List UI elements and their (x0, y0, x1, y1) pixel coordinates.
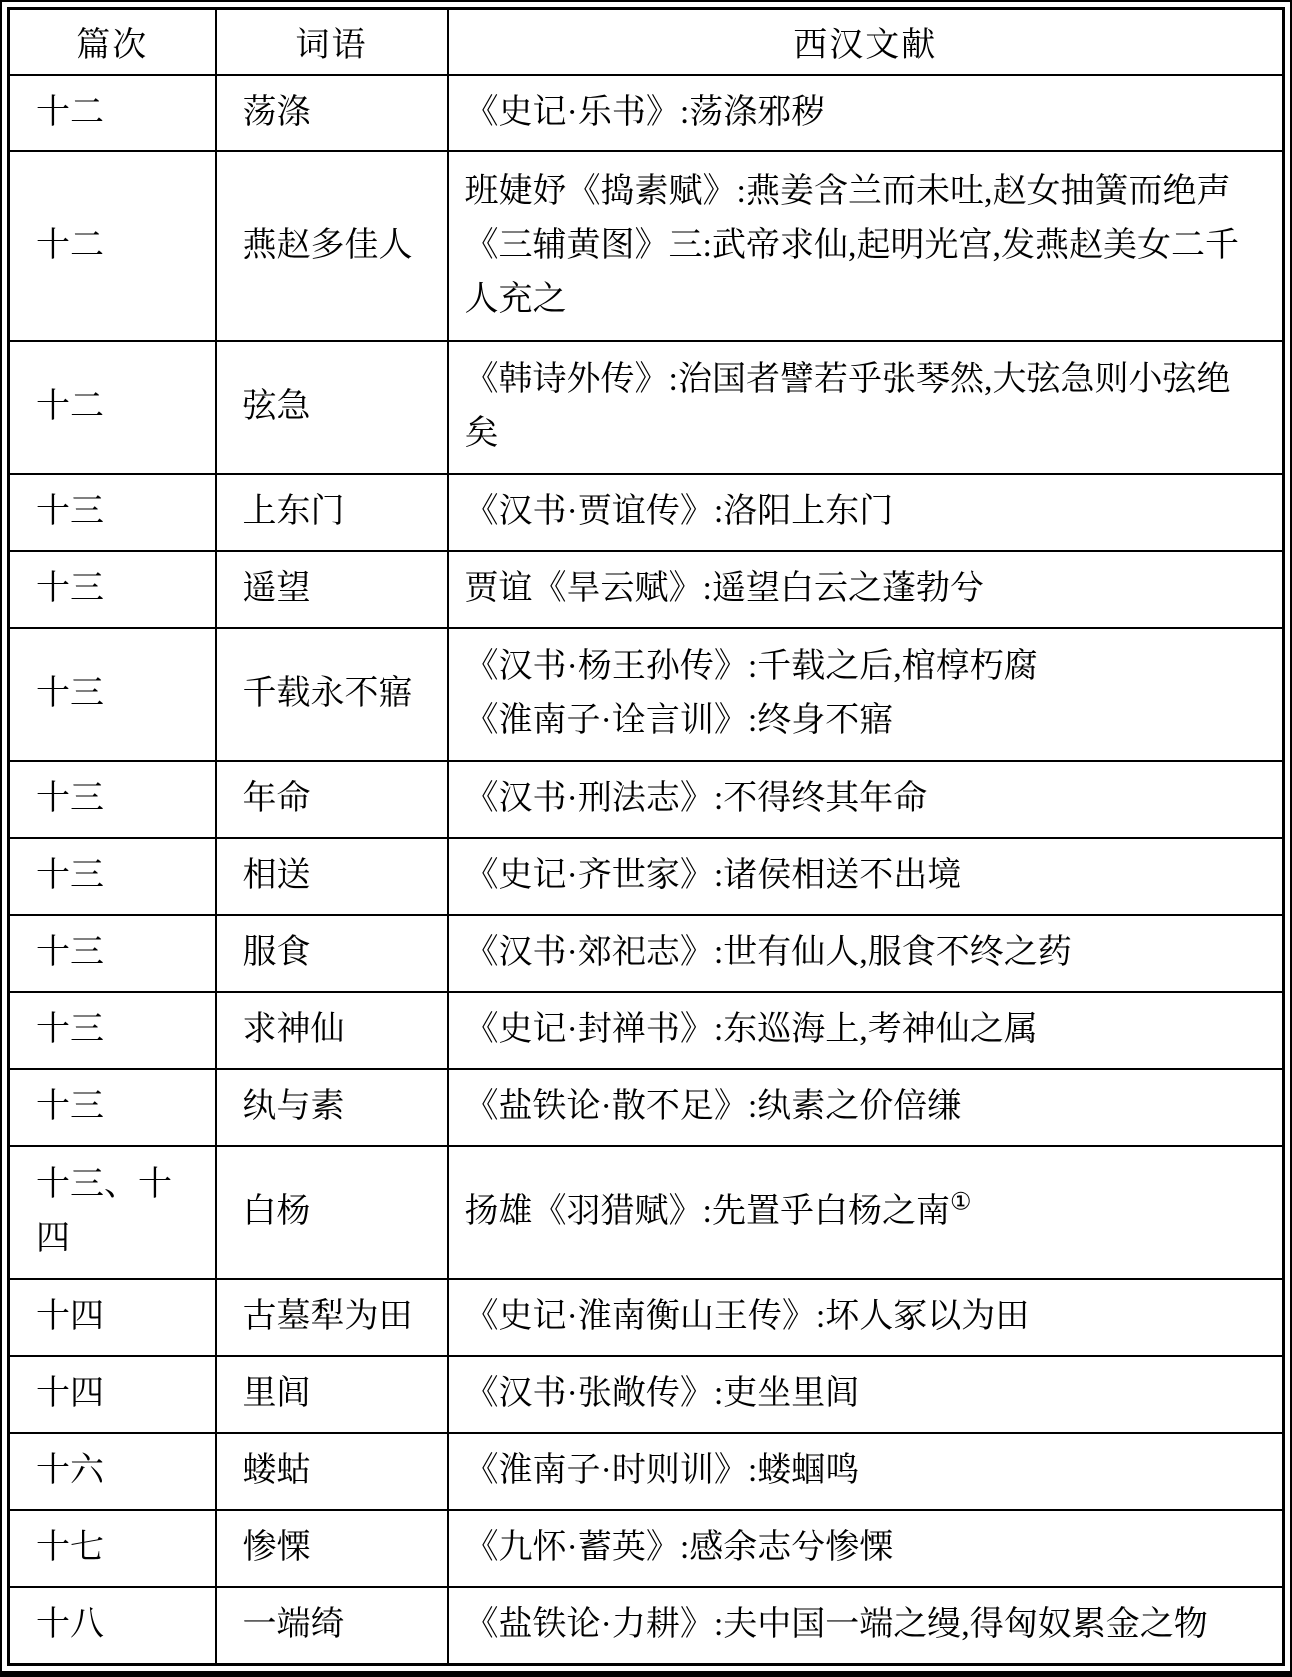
word-cell: 遥望 (216, 551, 448, 628)
word-cell: 千载永不寤 (216, 628, 448, 761)
word-cell: 上东门 (216, 474, 448, 551)
reference-cell: 《盐铁论·散不足》:纨素之价倍缣 (448, 1069, 1284, 1146)
chapter-cell: 十三 (9, 551, 216, 628)
word-cell: 相送 (216, 838, 448, 915)
table-row: 十二荡涤《史记·乐书》:荡涤邪秽 (9, 75, 1284, 152)
reference-line: 《盐铁论·力耕》:夫中国一端之缦,得匈奴累金之物 (465, 1598, 1259, 1652)
word-cell: 惨慄 (216, 1510, 448, 1587)
chapter-cell: 十四 (9, 1279, 216, 1356)
word-cell: 纨与素 (216, 1069, 448, 1146)
reference-line: 《史记·封禅书》:东巡海上,考神仙之属 (465, 1003, 1259, 1057)
table-row: 十三、十四白杨扬雄《羽猎赋》:先置乎白杨之南① (9, 1146, 1284, 1279)
word-cell: 弦急 (216, 341, 448, 474)
header-row: 篇次 词语 西汉文献 (9, 9, 1284, 75)
chapter-cell: 十三 (9, 628, 216, 761)
reference-cell: 贾谊《旱云赋》:遥望白云之蓬勃兮 (448, 551, 1284, 628)
word-cell: 年命 (216, 761, 448, 838)
chapter-cell: 十二 (9, 151, 216, 340)
table-row: 十四古墓犁为田《史记·淮南衡山王传》:坏人冢以为田 (9, 1279, 1284, 1356)
chapter-cell: 十八 (9, 1587, 216, 1665)
reference-cell: 班婕妤《捣素赋》:燕姜含兰而未吐,赵女抽簧而绝声《三辅黄图》三:武帝求仙,起明光… (448, 151, 1284, 340)
reference-line: 《盐铁论·散不足》:纨素之价倍缣 (465, 1080, 1259, 1134)
chapter-cell: 十三 (9, 761, 216, 838)
word-cell: 一端绮 (216, 1587, 448, 1665)
footnote-marker: ① (950, 1190, 972, 1216)
reference-line: 《史记·齐世家》:诸侯相送不出境 (465, 849, 1259, 903)
reference-cell: 扬雄《羽猎赋》:先置乎白杨之南① (448, 1146, 1284, 1279)
chapter-cell: 十三 (9, 838, 216, 915)
reference-cell: 《史记·淮南衡山王传》:坏人冢以为田 (448, 1279, 1284, 1356)
table-row: 十三上东门《汉书·贾谊传》:洛阳上东门 (9, 474, 1284, 551)
reference-cell: 《韩诗外传》:治国者譬若乎张琴然,大弦急则小弦绝矣 (448, 341, 1284, 474)
table-row: 十七惨慄《九怀·蓄英》:感余志兮惨慄 (9, 1510, 1284, 1587)
table-row: 十三纨与素《盐铁论·散不足》:纨素之价倍缣 (9, 1069, 1284, 1146)
word-cell: 荡涤 (216, 75, 448, 152)
word-cell: 白杨 (216, 1146, 448, 1279)
reference-cell: 《汉书·贾谊传》:洛阳上东门 (448, 474, 1284, 551)
document-table: 篇次 词语 西汉文献 十二荡涤《史记·乐书》:荡涤邪秽十二燕赵多佳人班婕妤《捣素… (7, 7, 1285, 1666)
reference-line: 《汉书·杨王孙传》:千载之后,棺椁朽腐 (465, 640, 1259, 694)
reference-cell: 《汉书·张敞传》:吏坐里闾 (448, 1356, 1284, 1433)
reference-line: 《韩诗外传》:治国者譬若乎张琴然,大弦急则小弦绝矣 (465, 353, 1259, 461)
table-row: 十三年命《汉书·刑法志》:不得终其年命 (9, 761, 1284, 838)
table-row: 十二弦急《韩诗外传》:治国者譬若乎张琴然,大弦急则小弦绝矣 (9, 341, 1284, 474)
reference-line: 《史记·乐书》:荡涤邪秽 (465, 86, 1259, 140)
table-row: 十三相送《史记·齐世家》:诸侯相送不出境 (9, 838, 1284, 915)
reference-line: 扬雄《羽猎赋》:先置乎白杨之南① (465, 1185, 1259, 1239)
reference-line: 《九怀·蓄英》:感余志兮惨慄 (465, 1521, 1259, 1575)
word-cell: 里闾 (216, 1356, 448, 1433)
table-row: 十三遥望贾谊《旱云赋》:遥望白云之蓬勃兮 (9, 551, 1284, 628)
reference-line: 《三辅黄图》三:武帝求仙,起明光宫,发燕赵美女二千人充之 (465, 219, 1259, 327)
reference-cell: 《史记·封禅书》:东巡海上,考神仙之属 (448, 992, 1284, 1069)
word-cell: 服食 (216, 915, 448, 992)
reference-line: 贾谊《旱云赋》:遥望白云之蓬勃兮 (465, 562, 1259, 616)
reference-cell: 《盐铁论·力耕》:夫中国一端之缦,得匈奴累金之物 (448, 1587, 1284, 1665)
chapter-cell: 十六 (9, 1433, 216, 1510)
reference-line: 《汉书·贾谊传》:洛阳上东门 (465, 485, 1259, 539)
chapter-cell: 十四 (9, 1356, 216, 1433)
reference-line: 《汉书·郊祀志》:世有仙人,服食不终之药 (465, 926, 1259, 980)
reference-cell: 《史记·乐书》:荡涤邪秽 (448, 75, 1284, 152)
reference-line: 《汉书·张敞传》:吏坐里闾 (465, 1367, 1259, 1421)
table-row: 十三千载永不寤《汉书·杨王孙传》:千载之后,棺椁朽腐《淮南子·诠言训》:终身不寤 (9, 628, 1284, 761)
reference-line: 《淮南子·时则训》:蝼蝈鸣 (465, 1444, 1259, 1498)
table-header: 篇次 词语 西汉文献 (9, 9, 1284, 75)
chapter-cell: 十二 (9, 75, 216, 152)
table-body: 十二荡涤《史记·乐书》:荡涤邪秽十二燕赵多佳人班婕妤《捣素赋》:燕姜含兰而未吐,… (9, 75, 1284, 1665)
table-row: 十三服食《汉书·郊祀志》:世有仙人,服食不终之药 (9, 915, 1284, 992)
reference-cell: 《汉书·刑法志》:不得终其年命 (448, 761, 1284, 838)
word-cell: 燕赵多佳人 (216, 151, 448, 340)
reference-line: 班婕妤《捣素赋》:燕姜含兰而未吐,赵女抽簧而绝声 (465, 165, 1259, 219)
reference-line: 《淮南子·诠言训》:终身不寤 (465, 694, 1259, 748)
reference-line: 《史记·淮南衡山王传》:坏人冢以为田 (465, 1290, 1259, 1344)
chapter-cell: 十七 (9, 1510, 216, 1587)
table-row: 十三求神仙《史记·封禅书》:东巡海上,考神仙之属 (9, 992, 1284, 1069)
table-row: 十八一端绮《盐铁论·力耕》:夫中国一端之缦,得匈奴累金之物 (9, 1587, 1284, 1665)
chapter-cell: 十三 (9, 915, 216, 992)
reference-cell: 《汉书·杨王孙传》:千载之后,棺椁朽腐《淮南子·诠言训》:终身不寤 (448, 628, 1284, 761)
reference-line: 《汉书·刑法志》:不得终其年命 (465, 772, 1259, 826)
chapter-cell: 十二 (9, 341, 216, 474)
table-row: 十六蝼蛄《淮南子·时则训》:蝼蝈鸣 (9, 1433, 1284, 1510)
table-row: 十四里闾《汉书·张敞传》:吏坐里闾 (9, 1356, 1284, 1433)
header-chapter: 篇次 (9, 9, 216, 75)
page-frame: 篇次 词语 西汉文献 十二荡涤《史记·乐书》:荡涤邪秽十二燕赵多佳人班婕妤《捣素… (0, 0, 1292, 1677)
reference-cell: 《汉书·郊祀志》:世有仙人,服食不终之药 (448, 915, 1284, 992)
word-cell: 蝼蛄 (216, 1433, 448, 1510)
word-cell: 古墓犁为田 (216, 1279, 448, 1356)
header-word: 词语 (216, 9, 448, 75)
table-row: 十二燕赵多佳人班婕妤《捣素赋》:燕姜含兰而未吐,赵女抽簧而绝声《三辅黄图》三:武… (9, 151, 1284, 340)
word-cell: 求神仙 (216, 992, 448, 1069)
header-reference: 西汉文献 (448, 9, 1284, 75)
chapter-cell: 十三 (9, 474, 216, 551)
reference-cell: 《史记·齐世家》:诸侯相送不出境 (448, 838, 1284, 915)
reference-cell: 《淮南子·时则训》:蝼蝈鸣 (448, 1433, 1284, 1510)
chapter-cell: 十三 (9, 1069, 216, 1146)
chapter-cell: 十三、十四 (9, 1146, 216, 1279)
reference-cell: 《九怀·蓄英》:感余志兮惨慄 (448, 1510, 1284, 1587)
chapter-cell: 十三 (9, 992, 216, 1069)
